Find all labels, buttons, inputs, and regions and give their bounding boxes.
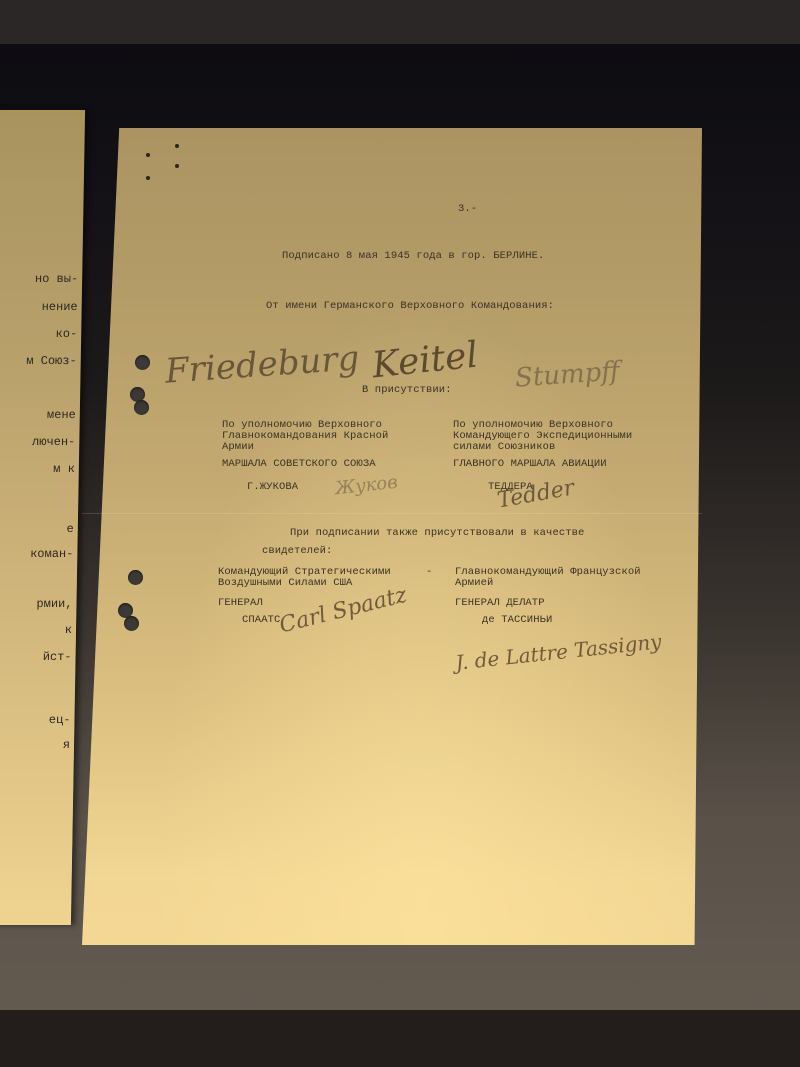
display-case-top [0, 0, 800, 44]
punch-hole [128, 570, 143, 585]
witness-dash: - [426, 567, 432, 578]
us-witness-rank: ГЕНЕРАЛ [218, 598, 263, 609]
left-page-fragment: м к [0, 462, 75, 476]
punch-hole [134, 400, 149, 415]
left-page-fragment: м Союз- [0, 354, 77, 368]
signed-date-line: Подписано 8 мая 1945 года в гор. БЕРЛИНЕ… [282, 251, 544, 262]
presence-line: В присутствии: [362, 385, 452, 396]
us-witness-title: Воздушными Силами США [218, 578, 352, 589]
us-witness-name: СПААТС [242, 615, 280, 626]
left-page-fragment: рмии, [0, 597, 73, 611]
previous-document-page: но вы- нение ко- м Союз- мене лючен- м к… [0, 110, 85, 925]
german-command-line: От имени Германского Верховного Командов… [266, 301, 554, 312]
left-page-fragment: коман- [0, 547, 73, 561]
witnesses-line: свидетелей: [262, 546, 332, 557]
pin-hole [175, 144, 179, 148]
punch-hole [135, 355, 150, 370]
left-page-fragment: ец- [0, 713, 71, 727]
soviet-authority-line: Армии [222, 442, 254, 453]
pin-hole [146, 176, 150, 180]
witnesses-line: При подписании также присутствовали в ка… [290, 528, 584, 539]
allied-authority-line: силами Союзников [453, 442, 555, 453]
soviet-name: Г.ЖУКОВА [247, 482, 298, 493]
allied-rank: ГЛАВНОГО МАРШАЛА АВИАЦИИ [453, 459, 607, 470]
left-page-fragment: йст- [0, 650, 72, 664]
left-page-fragment: ко- [0, 327, 77, 341]
left-page-fragment: лючен- [0, 435, 75, 449]
left-page-fragment: я [0, 738, 70, 752]
left-page-fragment: мене [0, 408, 76, 422]
display-case-shelf [0, 1010, 800, 1067]
french-witness-rank: ГЕНЕРАЛ ДЕЛАТР [455, 598, 545, 609]
punch-hole [124, 616, 139, 631]
paper-fold [82, 513, 702, 514]
pin-hole [175, 164, 179, 168]
left-page-fragment: но вы- [0, 272, 78, 286]
pin-hole [146, 153, 150, 157]
page-number: 3.- [458, 204, 477, 215]
soviet-rank: МАРШАЛА СОВЕТСКОГО СОЮЗА [222, 459, 376, 470]
french-witness-title: Армией [455, 578, 493, 589]
left-page-fragment: е [0, 522, 74, 536]
left-page-fragment: к [0, 623, 72, 637]
left-page-fragment: нение [0, 300, 78, 314]
french-witness-name: де ТАССИНЬИ [482, 615, 552, 626]
